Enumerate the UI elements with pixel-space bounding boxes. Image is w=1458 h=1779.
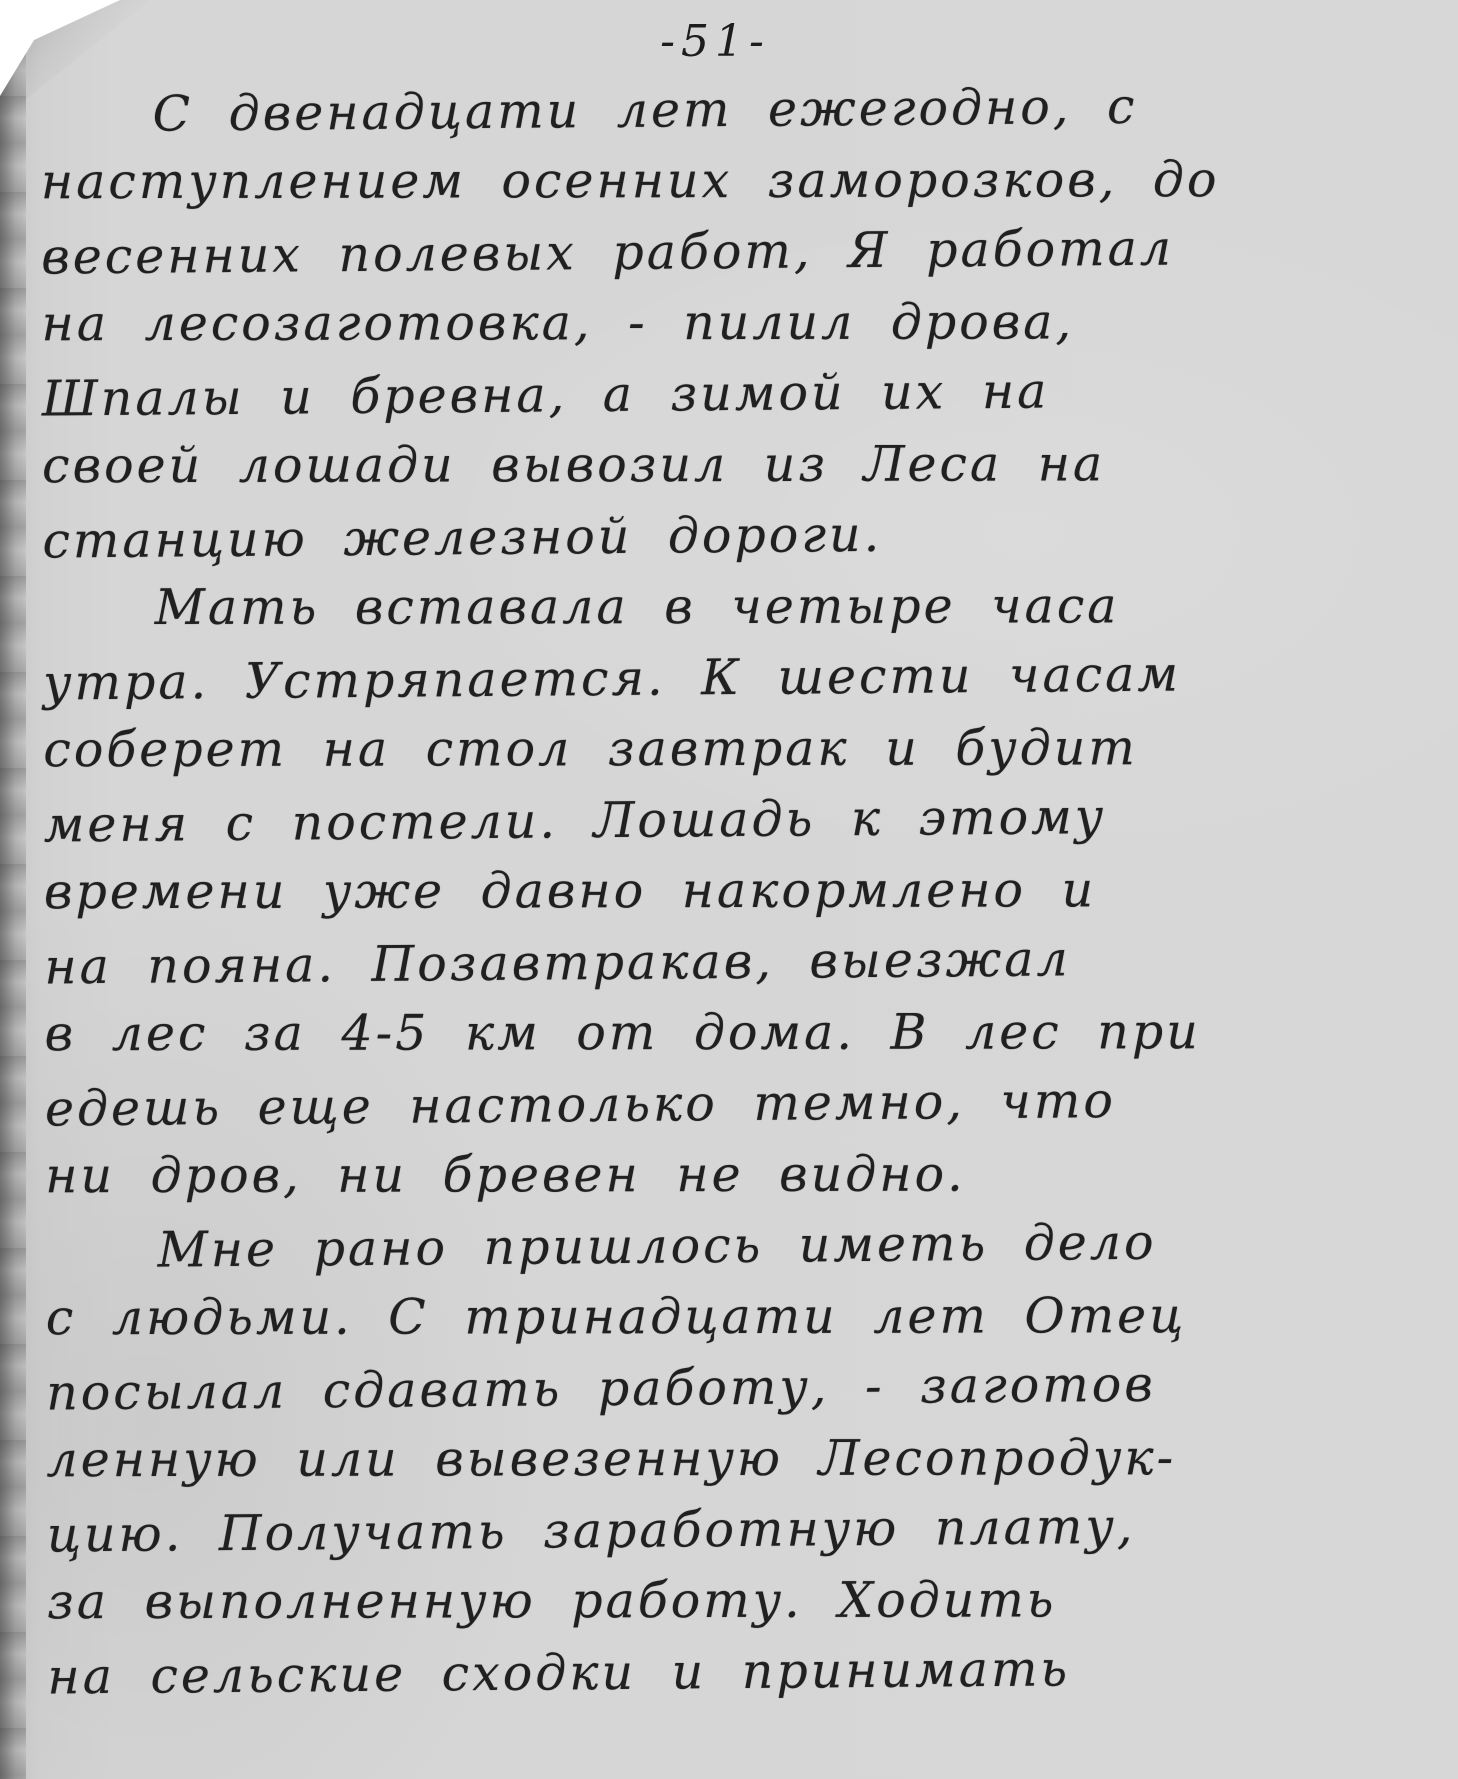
manuscript-line: цию. Получать заработную плату,: [47, 1489, 1438, 1571]
manuscript-line: С двенадцати лет ежегодно, с: [40, 69, 1431, 151]
manuscript-line: времени уже давно накормлено и: [44, 854, 1434, 927]
manuscript-line: Мать вставала в четыре часа: [43, 570, 1433, 643]
manuscript-text: С двенадцати лет ежегодно, с наступление…: [40, 71, 1437, 1710]
manuscript-line: Мне рано пришлось иметь дело: [45, 1205, 1436, 1287]
manuscript-line: на пояна. Позавтракав, выезжал: [44, 921, 1435, 1003]
manuscript-line: весенних полевых работ, Я работал: [41, 211, 1432, 293]
manuscript-line: едешь еще настолько темно, что: [45, 1063, 1436, 1145]
manuscript-line: ленную или вывезенную Лесопродук-: [46, 1422, 1436, 1495]
manuscript-line: с людьми. С тринадцати лет Отец: [46, 1280, 1436, 1353]
manuscript-line: соберет на стол завтрак и будит: [43, 712, 1433, 785]
manuscript-line: в лес за 4-5 км от дома. В лес при: [45, 996, 1435, 1069]
manuscript-line: на сельские сходки и принимать: [47, 1631, 1438, 1713]
manuscript-line: меня с постели. Лошадь к этому: [43, 779, 1434, 861]
manuscript-line: Шпалы и бревна, а зимой их на: [42, 353, 1433, 435]
manuscript-line: наступлением осенних заморозков, до: [41, 144, 1431, 217]
scanned-manuscript-page: -51- С двенадцати лет ежегодно, с наступ…: [0, 0, 1458, 1779]
manuscript-line: посылал сдавать работу, - заготов: [46, 1347, 1437, 1429]
manuscript-line: за выполненную работу. Ходить: [47, 1564, 1437, 1637]
manuscript-line: станцию железной дороги.: [42, 495, 1433, 577]
manuscript-line: утра. Устряпается. К шести часам: [43, 637, 1434, 719]
scan-left-edge: [0, 0, 26, 1779]
manuscript-line: ни дров, ни бревен не видно.: [45, 1138, 1435, 1211]
manuscript-line: своей лошади вывозил из Леса на: [42, 428, 1432, 501]
page-number: -51-: [0, 16, 1444, 67]
manuscript-line: на лесозаготовка, - пилил дрова,: [41, 286, 1431, 359]
